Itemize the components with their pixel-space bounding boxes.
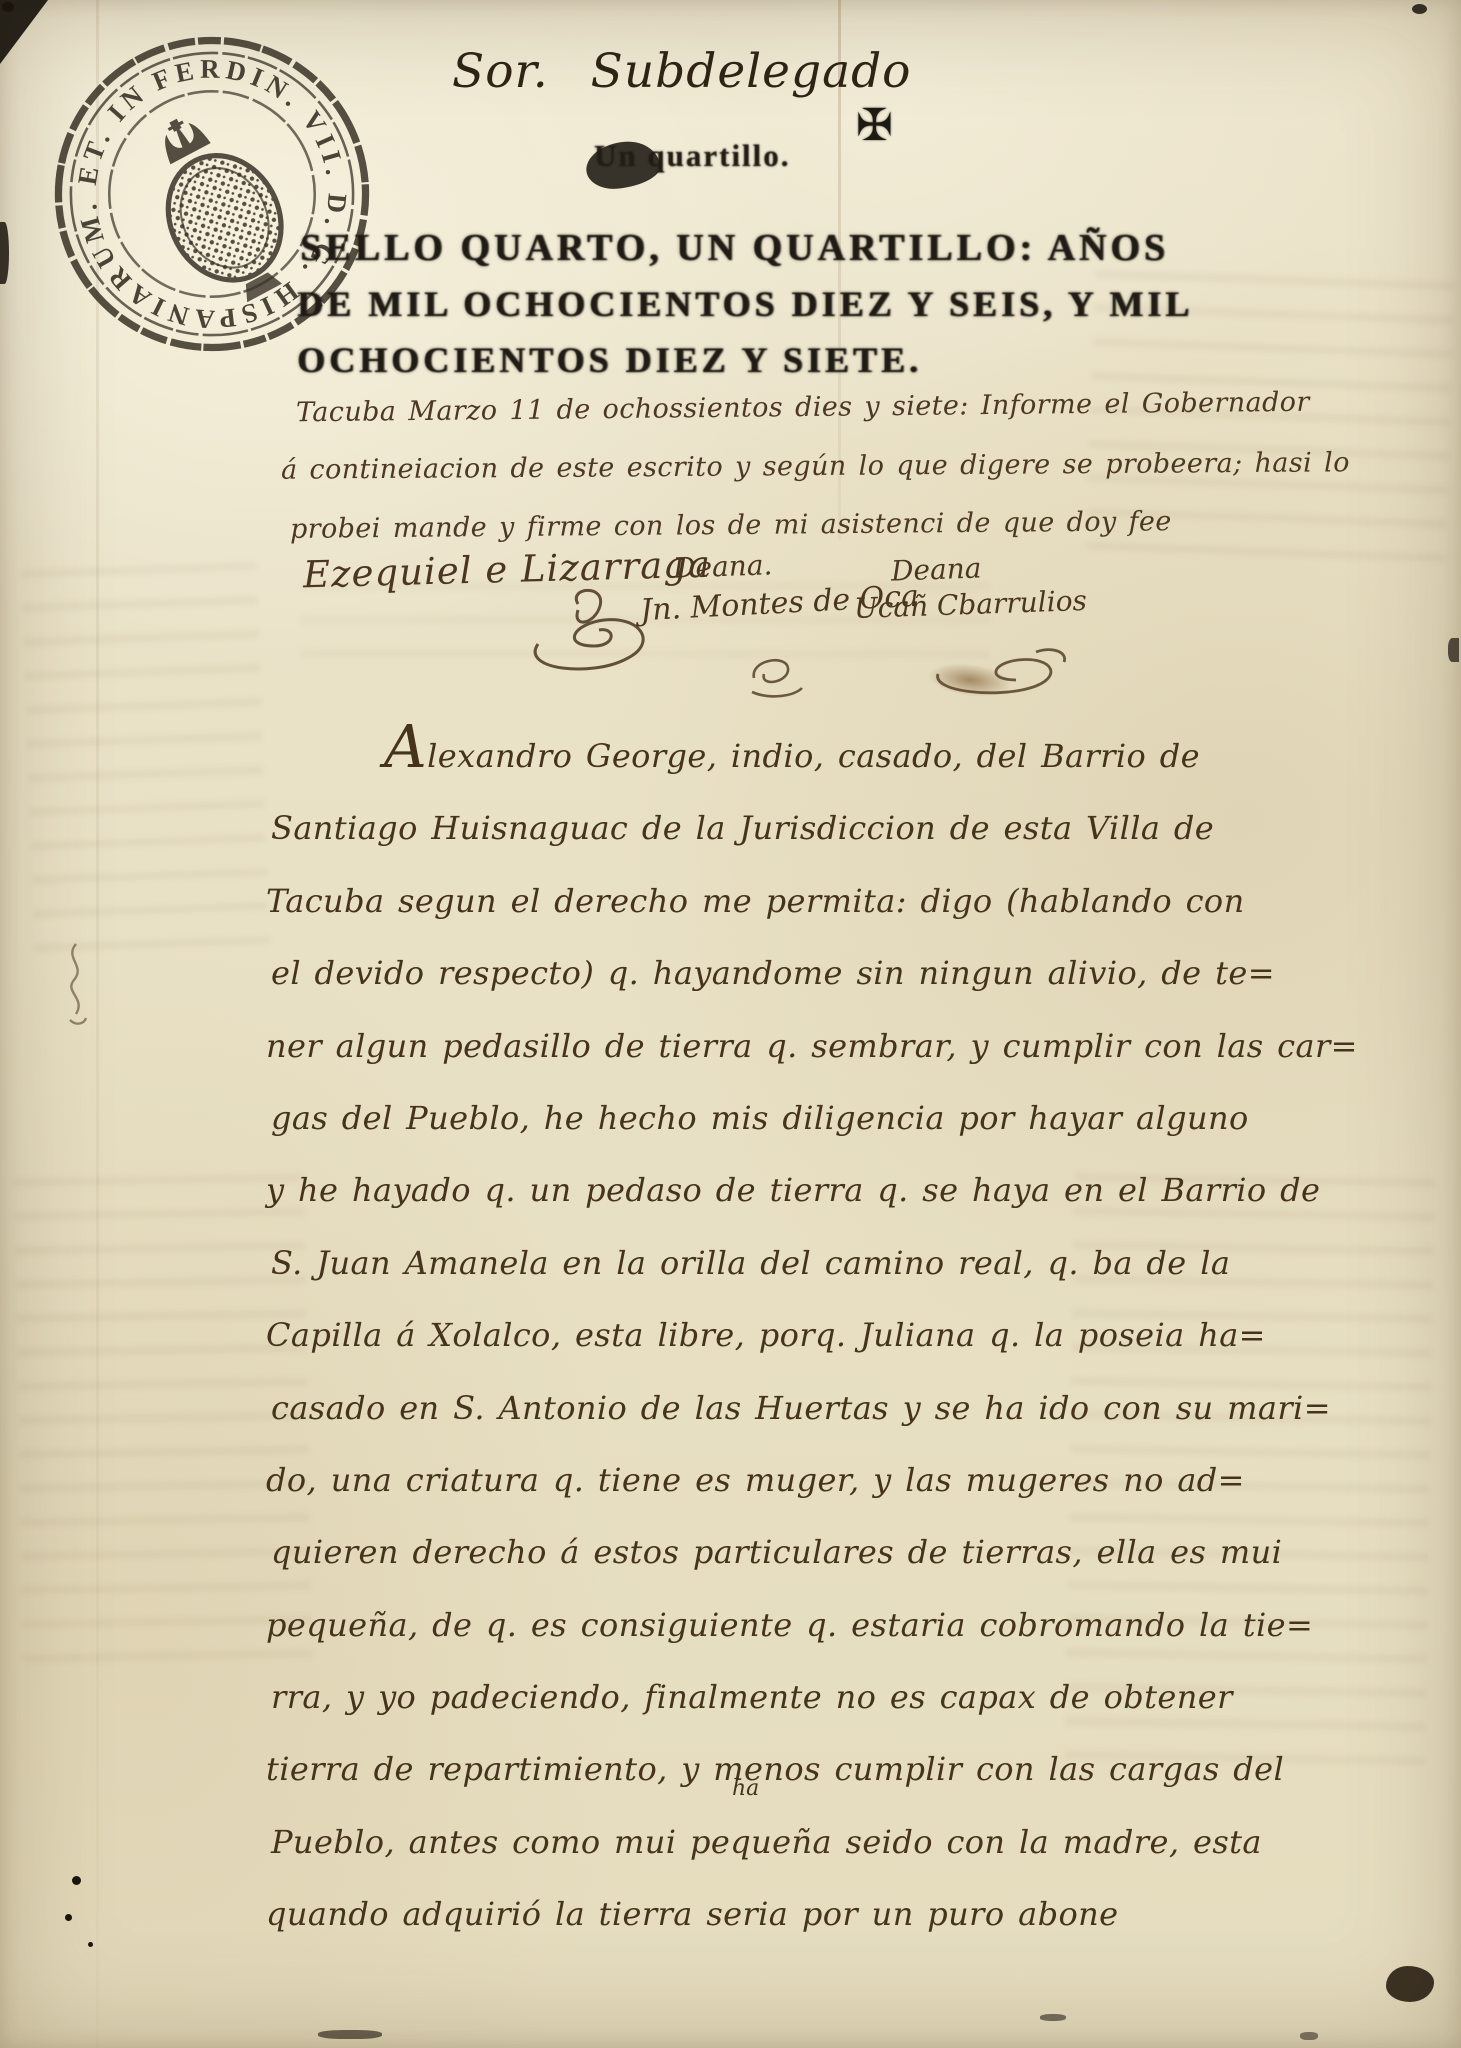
petition-line: casado en S. Antonio de las Huertas y se… <box>271 1372 1083 1444</box>
stamp-text-line-1: SELLO QUARTO, UN QUARTILLO: AÑOS <box>300 226 1169 270</box>
rubric-flourish <box>516 582 666 681</box>
edge-speck <box>318 2030 382 2039</box>
ink-dot <box>72 1876 81 1885</box>
petition-line: Tacuba segun el derecho me permita: digo… <box>266 865 1078 937</box>
ink-dot <box>88 1942 93 1947</box>
petition-body: Alexandro George, indio, casado, del Bar… <box>266 720 1078 1951</box>
margin-pen-scribble <box>46 936 106 1035</box>
petition-line: ner algun pedasillo de tierra q. sembrar… <box>266 1010 1078 1082</box>
rubric-flourish <box>742 648 812 707</box>
edge-speck <box>1300 2032 1318 2040</box>
petition-line: quieren derecho á estos particulares de … <box>271 1516 1083 1588</box>
petition-line: quando adquirió la tierra seria por un p… <box>266 1878 1078 1950</box>
edge-nick <box>0 222 9 284</box>
stamp-text-line-2: DE MIL OCHOCIENTOS DIEZ Y SEIS, Y MIL <box>297 283 1193 325</box>
interlineation-ha: ha <box>732 1776 759 1801</box>
ink-dot <box>65 1914 72 1921</box>
petition-line: S. Juan Amanela en la orilla del camino … <box>271 1227 1083 1299</box>
petition-line: y he hayado q. un pedaso de tierra q. se… <box>266 1154 1078 1226</box>
petition-line: el devido respecto) q. hayandome sin nin… <box>271 937 1083 1009</box>
petition-line: rra, y yo padeciendo, finalmente no es c… <box>271 1661 1083 1733</box>
ink-bleedthrough <box>21 536 271 974</box>
edge-speck <box>1412 4 1427 14</box>
petition-line: pequeña, de q. es consiguiente q. estari… <box>266 1589 1078 1661</box>
petition-line: Capilla á Xolalco, esta libre, porq. Jul… <box>266 1299 1078 1371</box>
petition-line: Santiago Huisnaguac de la Jurisdiccion d… <box>271 792 1083 864</box>
petition-line: tierra de repartimiento, y menos cumplir… <box>266 1733 1078 1805</box>
petition-line: gas del Pueblo, he hecho mis diligencia … <box>271 1082 1083 1154</box>
maltese-cross-icon: ✠ <box>856 100 893 151</box>
petition-line: Alexandro George, indio, casado, del Bar… <box>266 720 1078 792</box>
petition-line: Pueblo, antes como mui pequeña seido con… <box>271 1806 1083 1878</box>
petition-line: do, una criatura q. tiene es muger, y la… <box>266 1444 1078 1516</box>
fee-line: Un quartillo. <box>594 138 791 174</box>
addressee-line: Sor. Subdelegado <box>452 44 911 99</box>
edge-nick <box>1448 638 1459 662</box>
manuscript-photo: { "colors": { "paper": "#e9e1c6", "handw… <box>0 0 1461 2048</box>
edge-speck <box>1040 2014 1066 2021</box>
stamp-text-line-3: OCHOCIENTOS DIEZ Y SIETE. <box>297 339 922 381</box>
edge-speck <box>2 2 14 12</box>
signature-deana-1: Deana. <box>672 548 772 584</box>
